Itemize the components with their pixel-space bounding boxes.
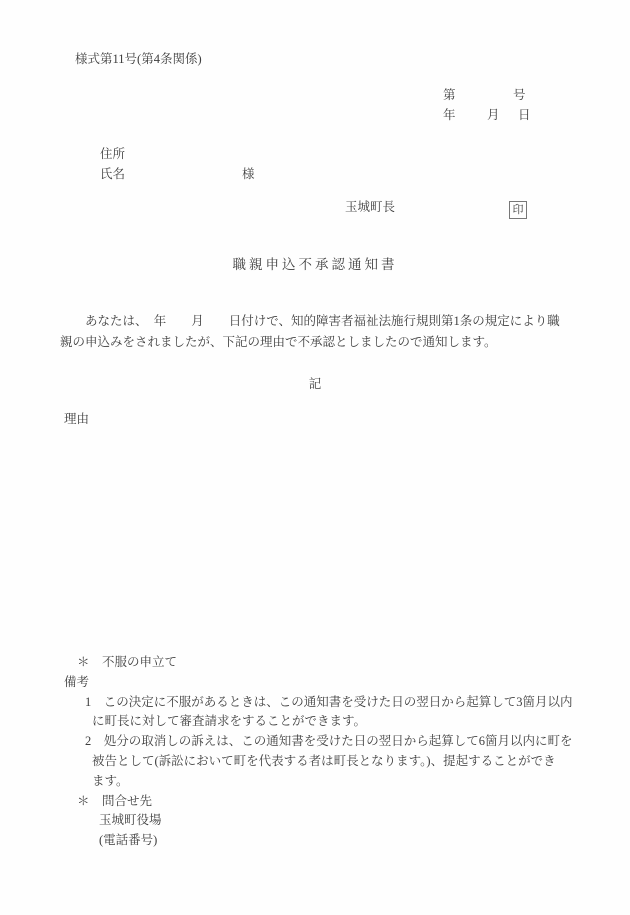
notes-section: ＊ 不服の申立て 備考 1 この決定に不服があるときは、この通知書を受けた日の翌… <box>0 653 630 851</box>
honorific-label: 様 <box>242 167 255 182</box>
address-label: 住所 <box>100 147 125 162</box>
seal-stamp: 印 <box>509 201 527 219</box>
note-item-2-cont-2: ます。 <box>0 772 630 792</box>
date-year-label: 年 <box>443 108 456 123</box>
note-item-2: 2 処分の取消しの訴えは、この通知書を受けた日の翌日から起算して6箇月以内に町を <box>0 732 630 752</box>
note-contact-office: 玉城町役場 <box>0 811 630 831</box>
note-item-1-cont: に町長に対して審査請求をすることができます。 <box>0 712 630 732</box>
document-page: 様式第11号(第4条関係) 第 号 年 月 日 住所 氏名 様 玉城町長 印 職… <box>0 0 630 915</box>
record-marker: 記 <box>0 377 630 392</box>
note-appeal-header: ＊ 不服の申立て <box>0 653 630 673</box>
document-title: 職親申込不承認通知書 <box>0 257 630 273</box>
body-line-2: 親の申込みをされましたが、下記の理由で不承認としましたので通知します。 <box>60 335 497 350</box>
note-remarks-label: 備考 <box>0 673 630 693</box>
mayor-title: 玉城町長 <box>345 200 395 215</box>
name-label: 氏名 <box>100 167 125 182</box>
note-item-1: 1 この決定に不服があるときは、この通知書を受けた日の翌日から起算して3箇月以内 <box>0 693 630 713</box>
doc-number-prefix: 第 <box>443 88 456 103</box>
form-number: 様式第11号(第4条関係) <box>75 52 202 67</box>
reason-label: 理由 <box>64 412 89 427</box>
note-contact-header: ＊ 問合せ先 <box>0 792 630 812</box>
note-contact-phone: (電話番号) <box>0 831 630 851</box>
note-item-2-cont-1: 被告として(訴訟において町を代表する者は町長となります。)、提起することができ <box>0 752 630 772</box>
doc-number-suffix: 号 <box>513 88 526 103</box>
date-month-label: 月 <box>487 108 500 123</box>
body-line-1: あなたは、 年 月 日付けで、知的障害者福祉法施行規則第1条の規定により職 <box>60 314 560 329</box>
date-day-label: 日 <box>518 108 531 123</box>
